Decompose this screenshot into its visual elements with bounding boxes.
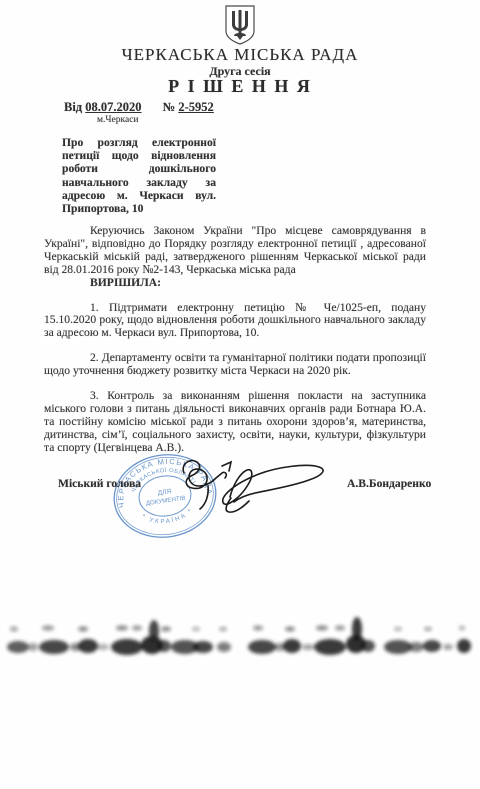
preamble-paragraph: Керуючись Законом України "Про місцеве с… <box>44 225 426 277</box>
date-label: Від <box>64 100 82 114</box>
council-name: ЧЕРКАСЬКА МІСЬКА РАДА <box>0 45 480 65</box>
city-label: м.Черкаси <box>97 115 139 125</box>
official-title: Міський голова <box>58 477 141 490</box>
resolution-item-1: 1. Підтримати електронну петицію № Че/10… <box>44 302 426 341</box>
resolution-item-2: 2. Департаменту освіти та гуманітарної п… <box>44 352 426 378</box>
number-value: 2-5952 <box>178 100 213 114</box>
handwritten-signature <box>170 445 345 525</box>
scanned-decision-document: ЧЕРКАСЬКА МІСЬКА РАДА Друга сесія Р І Ш … <box>0 0 480 789</box>
document-kind: Р І Ш Е Н Н Я <box>0 76 480 97</box>
official-name: А.В.Бондаренко <box>347 477 431 490</box>
date-value: 08.07.2020 <box>85 100 141 114</box>
resolved-label: ВИРІШИЛА: <box>44 277 426 290</box>
ukraine-trident-emblem-icon <box>224 5 256 45</box>
scan-artifact-band <box>0 612 480 672</box>
subject-paragraph: Про розгляд електронної петиції щодо від… <box>62 136 216 215</box>
resolution-body: Керуючись Законом України "Про місцеве с… <box>44 225 426 455</box>
date-number-row: Від 08.07.2020 № 2-5952 <box>64 100 214 115</box>
number-label: № <box>163 100 176 114</box>
